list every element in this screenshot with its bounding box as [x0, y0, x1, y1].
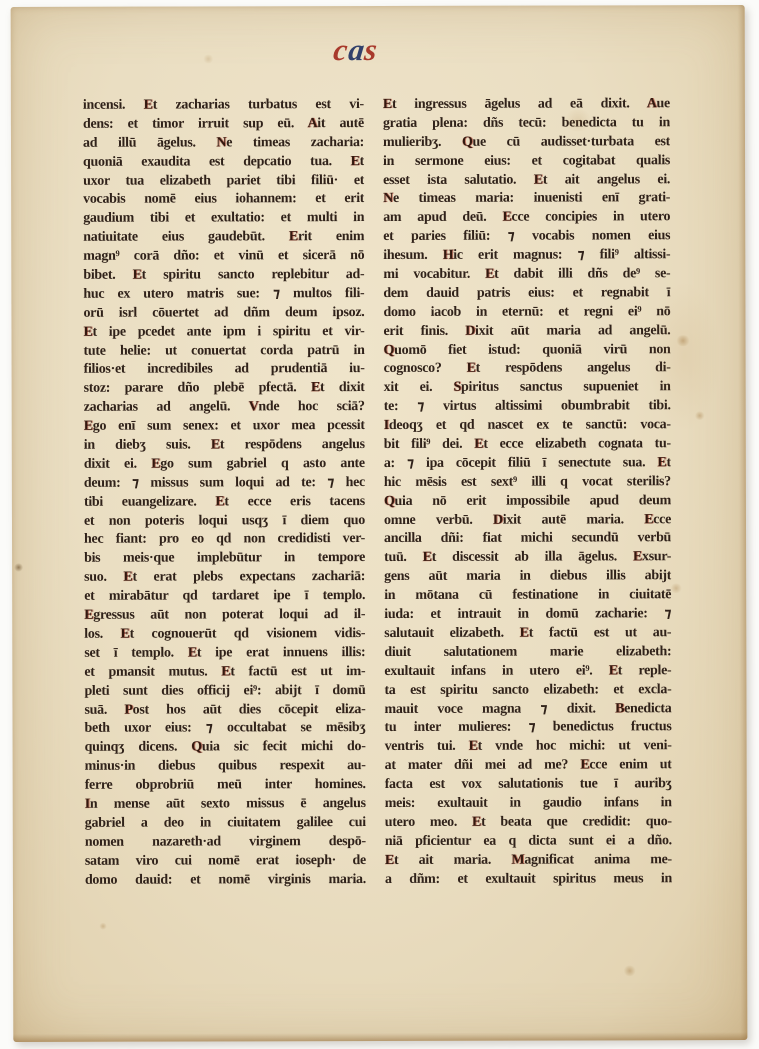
- rubricated-capital: S: [454, 380, 462, 395]
- foxing-stain: [14, 563, 23, 572]
- text-line: ferre obprobriū meū inter homines.: [85, 776, 366, 796]
- text-line: at mater dñi mei ad me? Ecce enim ut: [385, 756, 672, 776]
- text-line: filios·et incredibiles ad prudentiā iu-: [84, 361, 365, 381]
- rubricated-capital: I: [384, 418, 389, 433]
- text-line: Quomō fiet istud: quoniā virū non: [384, 341, 671, 361]
- text-line: niā pficientur ea q dicta sunt ei a dño.: [385, 832, 672, 852]
- rubricated-capital: D: [493, 512, 503, 527]
- rubricated-capital: Q: [191, 740, 202, 755]
- leaf-edge-right: [738, 5, 748, 1040]
- rubricated-capital: H: [443, 248, 454, 263]
- text-line: hec fiant: pro eo qd non credidisti ver-: [84, 531, 365, 551]
- foxing-stain: [99, 923, 107, 930]
- text-line: ancilla dñi: fiat michi secundū verbū: [384, 530, 671, 550]
- text-line: Ideoqʒ et qd nascet ex te sanctū: voca-: [384, 416, 671, 436]
- rubricated-capital: E: [474, 437, 483, 452]
- text-line: exultauit infans in utero ei⁹. Et reple-: [384, 662, 671, 682]
- rubricated-capital: Q: [384, 494, 395, 509]
- text-line: ventris tui. Et vnde hoc michi: ut veni-: [385, 738, 672, 758]
- rubricated-capital: E: [188, 645, 197, 660]
- text-line: et paries filiū: ⁊ vocabis nomen eius: [383, 227, 670, 247]
- text-line: Et ingressus āgelus ad eā dixit. Aue: [383, 95, 670, 115]
- text-line: omne verbū. Dixit autē maria. Ecce: [384, 511, 671, 531]
- rubricated-capital: E: [151, 456, 160, 471]
- rubricated-capital: E: [84, 608, 93, 623]
- foxing-stain: [623, 965, 636, 976]
- text-line: mulieribʒ. Que cū audisset·turbata est: [383, 133, 670, 153]
- text-line: minus·in diebus quibus respexit au-: [85, 757, 366, 777]
- text-column-right: Et ingressus āgelus ad eā dixit. Auegrat…: [383, 95, 672, 891]
- text-line: gratia plena: dñs tecū: benedicta tu in: [383, 114, 670, 134]
- running-title: cas: [11, 32, 701, 68]
- text-line: Et ipe pcedet ante ipm i spiritu et vir-: [83, 323, 364, 343]
- foxing-stain: [670, 583, 682, 593]
- text-line: tuū. Et discessit ab illa āgelus. Exsur-: [384, 549, 671, 569]
- text-line: xit ei. Spiritus sanctus supueniet in: [384, 379, 671, 399]
- text-line: vocabis nomē eius iohannem: et erit: [83, 190, 364, 210]
- rubricated-capital: P: [124, 702, 132, 717]
- rubricated-capital: E: [609, 663, 618, 678]
- rubricated-capital: E: [289, 229, 298, 244]
- foxing-stain: [676, 335, 691, 346]
- text-line: huc ex utero matris sue: ⁊ multos fili-: [83, 285, 364, 305]
- rubricated-capital: B: [615, 701, 624, 716]
- text-line: te: ⁊ virtus altissimi obumbrabit tibi.: [384, 397, 671, 417]
- text-line: utero meo. Et beata que credidit: quo-: [385, 813, 672, 833]
- text-line: suā. Post hos aūt dies cōcepit eliza-: [84, 701, 365, 721]
- text-line: incensi. Et zacharias turbatus est vi-: [83, 96, 364, 116]
- rubricated-capital: E: [472, 815, 481, 830]
- text-line: hic mēsis est sext⁹ illi q vocat sterili…: [384, 473, 671, 493]
- rubricated-capital: E: [133, 268, 142, 283]
- text-line: ta est spiritu sancto elizabeth: et excl…: [384, 681, 671, 701]
- text-line: am apud deū. Ecce concipies in utero: [383, 209, 670, 229]
- text-line: tu inter mulieres: ⁊ benedictus fructus: [385, 719, 672, 739]
- text-line: deum: ⁊ missus sum loqui ad te: ⁊ hec: [84, 474, 365, 494]
- rubricated-capital: D: [465, 323, 475, 338]
- rubricated-capital: N: [216, 135, 226, 150]
- text-line: dem dauid patris eius: et regnabit ī: [383, 284, 670, 304]
- rubricated-capital: E: [351, 154, 360, 169]
- rubricated-capital: E: [123, 570, 132, 585]
- text-line: quinqʒ dicens. Quia sic fecit michi do-: [85, 738, 366, 758]
- rubricated-capital: E: [221, 664, 230, 679]
- text-line: et pmansit mutus. Et factū est ut im-: [84, 663, 365, 683]
- rubricated-capital: E: [385, 853, 394, 868]
- rubricated-capital: E: [83, 324, 92, 339]
- text-line: et non poteris loqui usqʒ ī diem quo: [84, 512, 365, 532]
- text-line: bis meis·que implebūtur in tempore: [84, 549, 365, 569]
- text-column-left: incensi. Et zacharias turbatus est vi-de…: [83, 96, 366, 892]
- text-line: set ī templo. Et ipe erat innuens illis:: [84, 644, 365, 664]
- rubricated-capital: E: [534, 172, 543, 187]
- rubricated-capital: M: [511, 852, 524, 867]
- rubricated-capital: E: [467, 361, 476, 376]
- running-title-letter: s: [363, 33, 380, 67]
- text-line: in mōtana cū festinatione in ciuitatē: [384, 586, 671, 606]
- text-line: mi vocabitur. Et dabit illi dñs de⁹ se-: [383, 265, 670, 285]
- text-line: bibet. Et spiritu sancto replebitur ad-: [83, 266, 364, 286]
- rubricated-capital: E: [469, 739, 478, 754]
- text-line: facta est vox salutationis tue ī auribʒ: [385, 775, 672, 795]
- text-line: esset ista salutatio. Et ait angelus ei.: [383, 171, 670, 191]
- text-line: gaudium tibi et exultatio: et multi in: [83, 209, 364, 229]
- rubricated-capital: E: [423, 550, 432, 565]
- rubricated-capital: E: [383, 97, 392, 112]
- text-line: tute helie: ut conuertat corda patrū in: [84, 342, 365, 362]
- rubricated-capital: E: [644, 512, 653, 527]
- text-line: orū isrl cōuertet ad dñm deum ipsoz.: [83, 304, 364, 324]
- text-line: ad illū āgelus. Ne timeas zacharia:: [83, 134, 364, 154]
- text-line: quoniā exaudita est depcatio tua. Et: [83, 153, 364, 173]
- text-line: magn⁹ corā dño: et vinū et sicerā nō: [83, 247, 364, 267]
- rubricated-capital: E: [84, 419, 93, 434]
- leaf-edge-bottom: [13, 1032, 747, 1042]
- text-line: beth uxor eius: ⁊ occultabat se mēsibʒ: [85, 719, 366, 739]
- text-line: tibi euangelizare. Et ecce eris tacens: [84, 493, 365, 513]
- text-line: salutauit elizabeth. Et factū est ut au-: [384, 624, 671, 644]
- text-line: domo iacob in eternū: et regni ei⁹ nō: [383, 303, 670, 323]
- rubricated-capital: Q: [462, 135, 473, 150]
- text-line: los. Et cognouerūt qd visionem vidis-: [84, 625, 365, 645]
- text-line: uxor tua elizabeth pariet tibi filiū· et: [83, 172, 364, 192]
- text-line: Ne timeas maria: inuenisti enī grati-: [383, 190, 670, 210]
- text-line: domo dauid: et nomē virginis maria.: [85, 871, 366, 891]
- text-line: pleti sunt dies officij ei⁹: abijt ī dom…: [84, 682, 365, 702]
- rubricated-capital: E: [520, 626, 529, 641]
- text-line: mauit voce magna ⁊ dixit. Benedicta: [384, 700, 671, 720]
- manuscript-leaf: cas incensi. Et zacharias turbatus est v…: [11, 5, 748, 1042]
- text-line: gens aūt maria in diebus illis abijt: [384, 568, 671, 588]
- text-line: In mense aūt sexto missus ē angelus: [85, 795, 366, 815]
- text-line: Ego enī sum senex: et uxor mea pcessit: [84, 417, 365, 437]
- text-line: Egressus aūt non poterat loqui ad il-: [84, 606, 365, 626]
- rubricated-capital: E: [502, 210, 511, 225]
- text-line: et mirabātur qd tardaret ipe ī templo.: [84, 587, 365, 607]
- text-line: a dñm: et exultauit spiritus meus in: [385, 870, 672, 890]
- text-line: natiuitate eius gaudebūt. Erit enim: [83, 228, 364, 248]
- text-line: dens: et timor irruit sup eū. Ait autē: [83, 115, 364, 135]
- rubricated-capital: E: [121, 627, 130, 642]
- text-line: zacharias ad angelū. Vnde hoc sciā?: [84, 398, 365, 418]
- rubricated-capital: N: [383, 191, 393, 206]
- text-line: diuit salutationem marie elizabeth:: [384, 643, 671, 663]
- foxing-stain: [695, 411, 705, 420]
- text-line: in sermone eius: et cogitabat qualis: [383, 152, 670, 172]
- rubricated-capital: E: [215, 494, 224, 509]
- text-line: stoz: parare dño plebē pfectā. Et dixit: [84, 379, 365, 399]
- rubricated-capital: E: [485, 267, 494, 282]
- text-line: bit fili⁹ dei. Et ecce elizabeth cognata…: [384, 435, 671, 455]
- rubricated-capital: Q: [384, 343, 395, 358]
- rubricated-capital: E: [211, 437, 220, 452]
- rubricated-capital: E: [580, 758, 589, 773]
- text-line: satam viro cui nomē erat ioseph· de: [85, 852, 366, 872]
- rubricated-capital: A: [307, 116, 317, 131]
- text-line: iuda: et intrauit in domū zacharie: ⁊: [384, 605, 671, 625]
- text-line: ihesum. Hic erit magnus: ⁊ fili⁹ altissi…: [383, 246, 670, 266]
- rubricated-capital: E: [144, 98, 153, 113]
- text-line: cognosco? Et respōdens angelus di-: [384, 360, 671, 380]
- text-line: nomen nazareth·ad virginem despō-: [85, 833, 366, 853]
- text-line: erit finis. Dixit aūt maria ad angelū.: [383, 322, 670, 342]
- text-line: Et ait maria. Magnificat anima me-: [385, 851, 672, 871]
- rubricated-capital: E: [657, 455, 666, 470]
- text-line: dixit ei. Ego sum gabriel q asto ante: [84, 455, 365, 475]
- text-line: in diebʒ suis. Et respōdens angelus: [84, 436, 365, 456]
- rubricated-capital: E: [633, 550, 642, 565]
- text-line: meis: exultauit in gaudio infans in: [385, 794, 672, 814]
- rubricated-capital: A: [647, 96, 657, 111]
- text-line: suo. Et erat plebs expectans zachariā:: [84, 568, 365, 588]
- scan-background: cas incensi. Et zacharias turbatus est v…: [0, 0, 759, 1049]
- text-line: a: ⁊ ipa cōcepit filiū ī senectute sua. …: [384, 454, 671, 474]
- rubricated-capital: V: [249, 400, 259, 415]
- rubricated-capital: E: [311, 381, 320, 396]
- text-line: gabriel a deo in ciuitatem galilee cui: [85, 814, 366, 834]
- rubricated-capital: I: [85, 797, 90, 812]
- text-line: Quia nō erit impossibile apud deum: [384, 492, 671, 512]
